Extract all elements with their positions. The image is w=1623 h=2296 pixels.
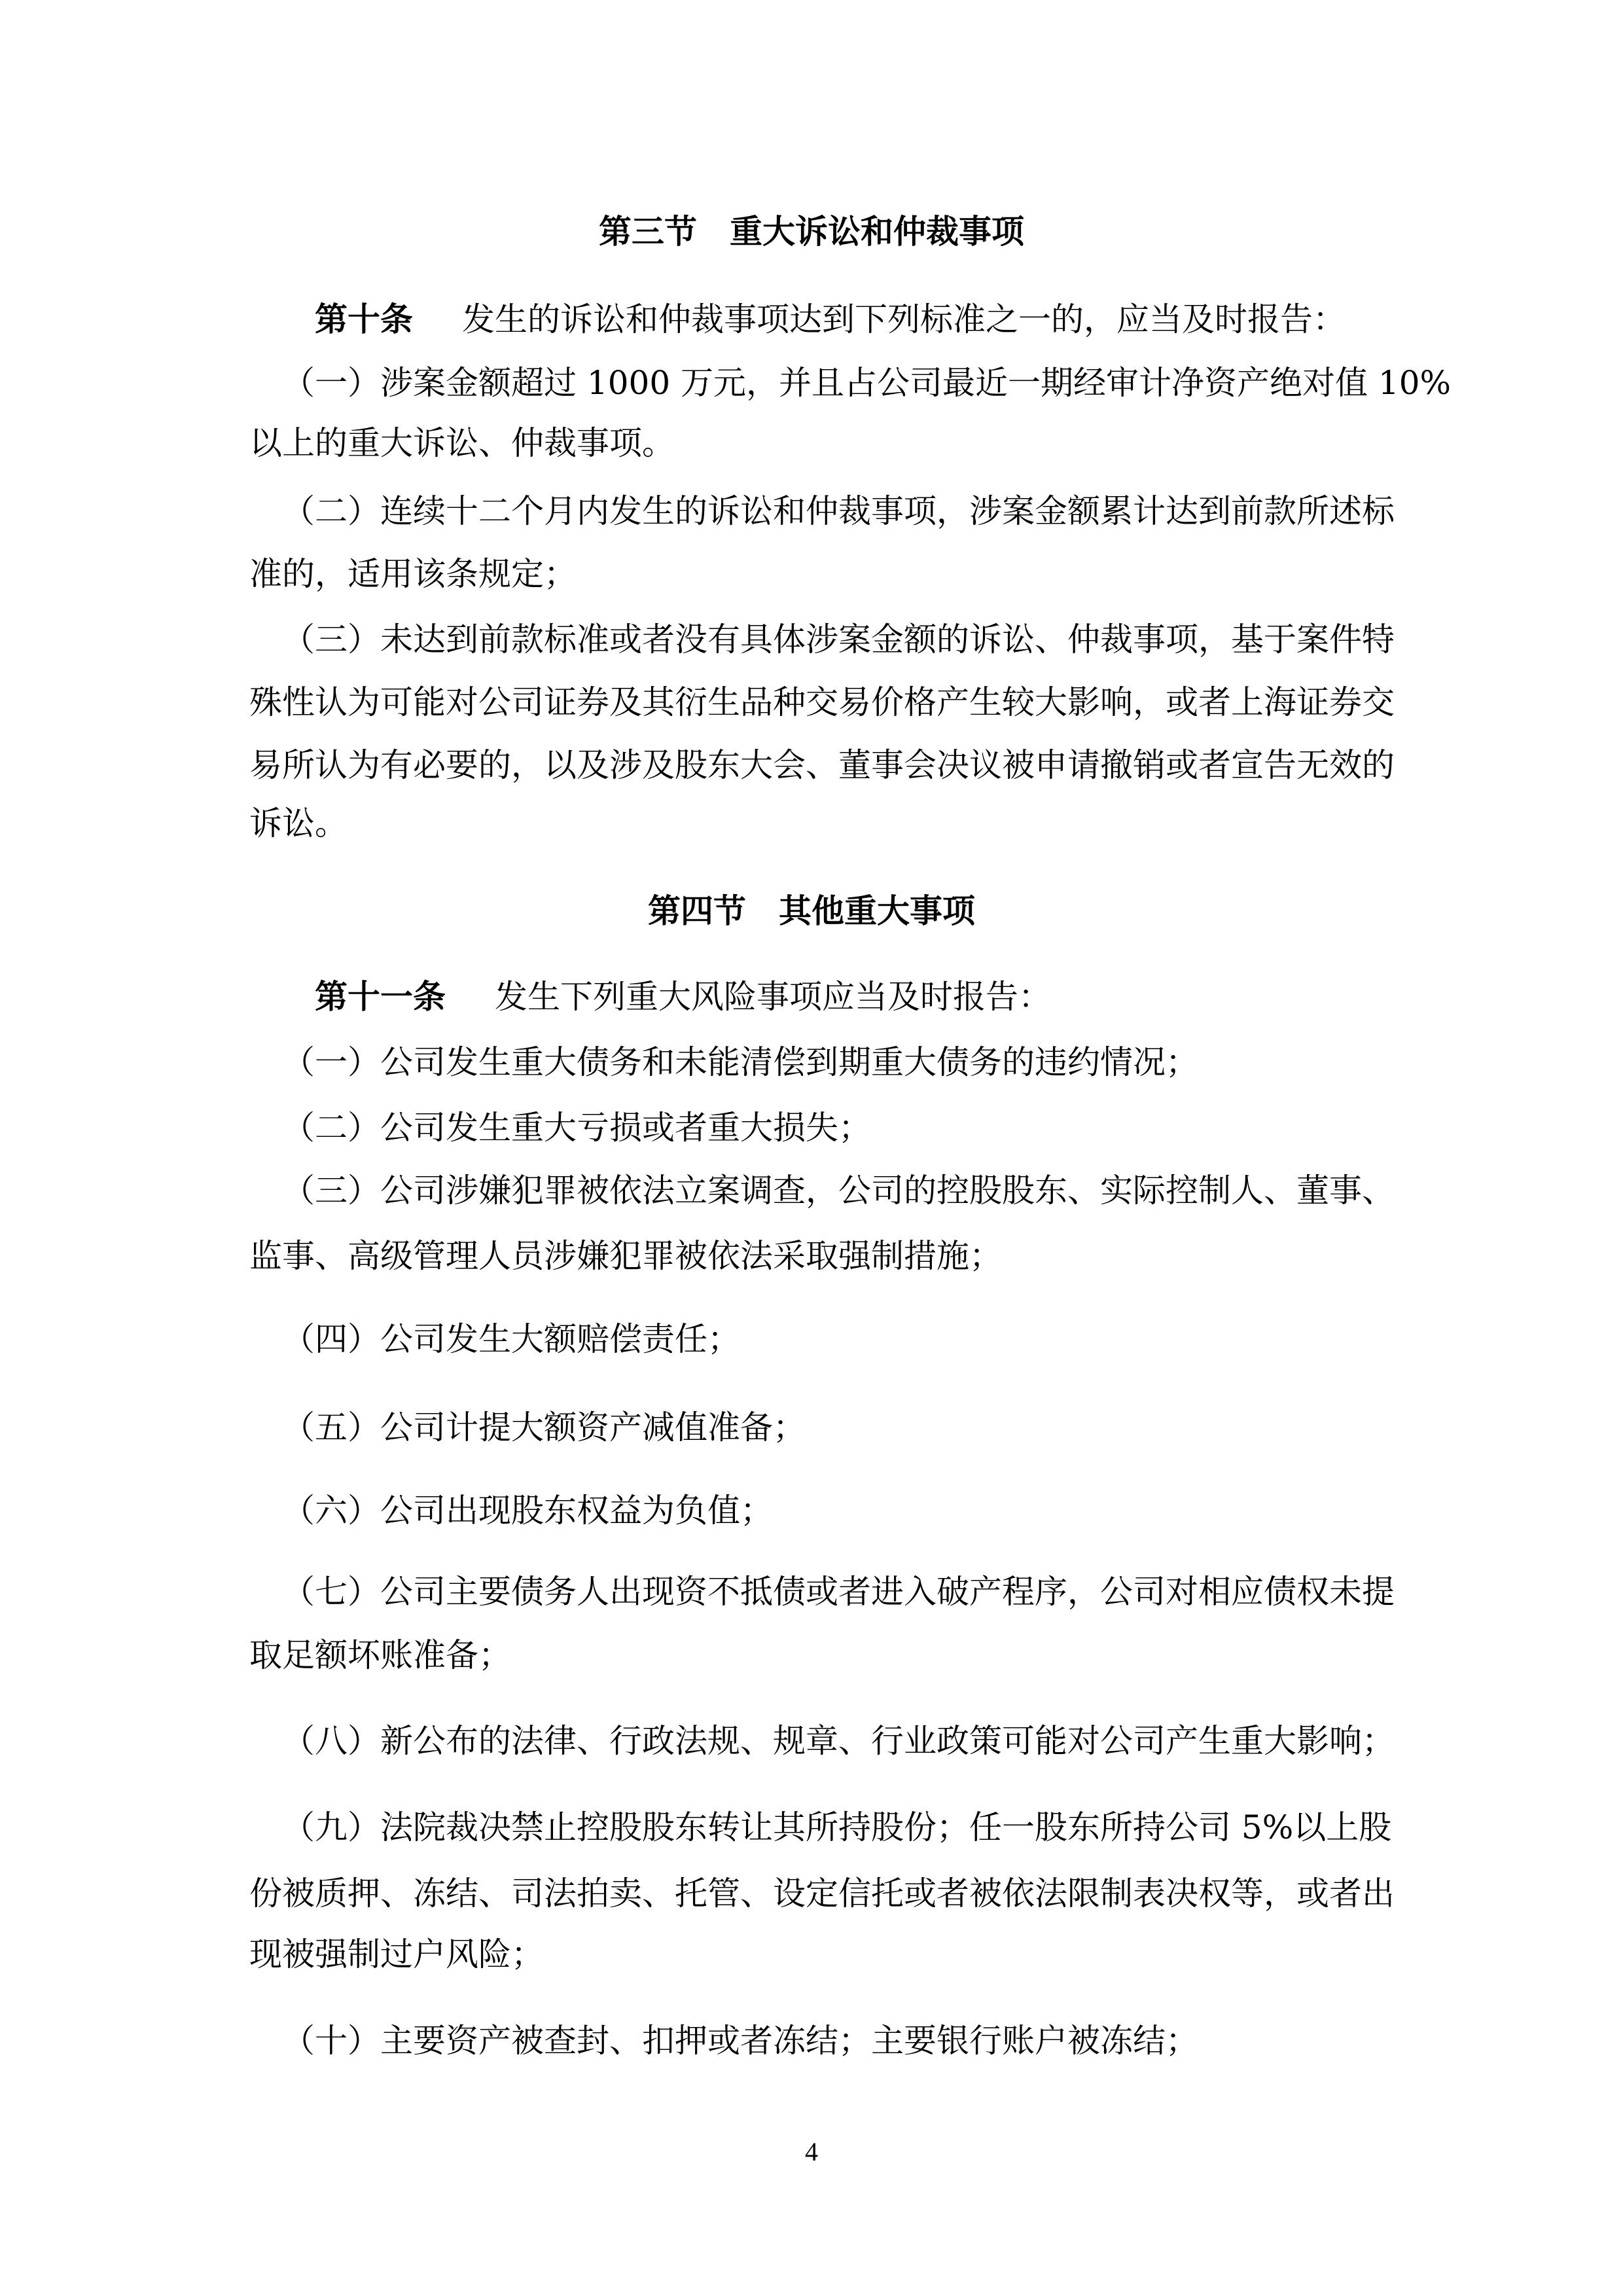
article-10-item-1-line-2: 以上的重大诉讼、仲裁事项。 xyxy=(249,423,1383,463)
item-text: （八）新公布的法律、行政法规、规章、行业政策可能对公司产生重大影响； xyxy=(282,1722,1395,1760)
article-11-item-1: （一）公司发生重大债务和未能清偿到期重大债务的违约情况； xyxy=(249,1043,1383,1082)
article-label: 第十一条 xyxy=(315,978,446,1016)
item-text: （九）法院裁决禁止控股股东转让其所持股份；任一股东所持公司 5%以上股 xyxy=(282,1808,1391,1846)
item-text: （七）公司主要债务人出现资不抵债或者进入破产程序，公司对相应债权未提 xyxy=(282,1573,1395,1611)
item-text: （四）公司发生大额赔偿责任； xyxy=(282,1320,740,1358)
document-page: 第三节 重大诉讼和仲裁事项 第十条发生的诉讼和仲裁事项达到下列标准之一的，应当及… xyxy=(0,0,1623,2296)
article-11-item-9-line-2: 份被质押、冻结、司法拍卖、托管、设定信托或者被依法限制表决权等，或者出 xyxy=(249,1874,1383,1913)
section-heading-3: 第三节 重大诉讼和仲裁事项 xyxy=(0,212,1623,251)
item-text: （一）涉案金额超过 1000 万元，并且占公司最近一期经审计净资产绝对值 10% xyxy=(282,364,1451,402)
item-text: （三）公司涉嫌犯罪被依法立案调查，公司的控股股东、实际控制人、董事、 xyxy=(282,1172,1395,1210)
item-text: （五）公司计提大额资产减值准备； xyxy=(282,1408,806,1446)
article-10-item-1-line-1: （一）涉案金额超过 1000 万元，并且占公司最近一期经审计净资产绝对值 10% xyxy=(249,363,1383,403)
article-11-intro: 第十一条发生下列重大风险事项应当及时报告： xyxy=(249,977,1383,1016)
article-10-item-3-line-4: 诉讼。 xyxy=(249,804,1383,843)
item-text: （二）公司发生重大亏损或者重大损失； xyxy=(282,1109,871,1147)
article-11-item-6: （六）公司出现股东权益为负值； xyxy=(249,1491,1383,1530)
article-10-item-2-line-2: 准的，适用该条规定； xyxy=(249,554,1383,594)
article-10-item-3-line-3: 易所认为有必要的，以及涉及股东大会、董事会决议被申请撤销或者宣告无效的 xyxy=(249,745,1383,785)
item-text: （三）未达到前款标准或者没有具体涉案金额的诉讼、仲裁事项，基于案件特 xyxy=(282,620,1395,658)
article-intro-text: 发生下列重大风险事项应当及时报告： xyxy=(495,978,1051,1016)
article-10-intro: 第十条发生的诉讼和仲裁事项达到下列标准之一的，应当及时报告： xyxy=(249,300,1383,339)
page-number: 4 xyxy=(0,2136,1623,2168)
article-10-item-3-line-1: （三）未达到前款标准或者没有具体涉案金额的诉讼、仲裁事项，基于案件特 xyxy=(249,620,1383,659)
article-11-item-10: （十）主要资产被查封、扣押或者冻结；主要银行账户被冻结； xyxy=(249,2021,1383,2060)
section-heading-4: 第四节 其他重大事项 xyxy=(0,891,1623,931)
article-11-item-4: （四）公司发生大额赔偿责任； xyxy=(249,1319,1383,1359)
article-11-item-5: （五）公司计提大额资产减值准备； xyxy=(249,1408,1383,1447)
article-11-item-9-line-3: 现被强制过户风险； xyxy=(249,1935,1383,1974)
article-11-item-3-line-1: （三）公司涉嫌犯罪被依法立案调查，公司的控股股东、实际控制人、董事、 xyxy=(249,1171,1383,1210)
article-11-item-7-line-2: 取足额坏账准备； xyxy=(249,1636,1383,1675)
article-11-item-3-line-2: 监事、高级管理人员涉嫌犯罪被依法采取强制措施； xyxy=(249,1236,1383,1276)
article-label: 第十条 xyxy=(315,300,413,338)
item-text: （二）连续十二个月内发生的诉讼和仲裁事项，涉案金额累计达到前款所述标 xyxy=(282,492,1395,530)
article-10-item-3-line-2: 殊性认为可能对公司证券及其衍生品种交易价格产生较大影响，或者上海证券交 xyxy=(249,683,1383,722)
article-11-item-7-line-1: （七）公司主要债务人出现资不抵债或者进入破产程序，公司对相应债权未提 xyxy=(249,1572,1383,1611)
article-11-item-8: （八）新公布的法律、行政法规、规章、行业政策可能对公司产生重大影响； xyxy=(249,1721,1383,1761)
item-text: （十）主要资产被查封、扣押或者冻结；主要银行账户被冻结； xyxy=(282,2022,1198,2060)
item-text: （六）公司出现股东权益为负值； xyxy=(282,1492,773,1530)
article-10-item-2-line-1: （二）连续十二个月内发生的诉讼和仲裁事项，涉案金额累计达到前款所述标 xyxy=(249,492,1383,531)
article-11-item-9-line-1: （九）法院裁决禁止控股股东转让其所持股份；任一股东所持公司 5%以上股 xyxy=(249,1808,1383,1847)
article-11-item-2: （二）公司发生重大亏损或者重大损失； xyxy=(249,1108,1383,1147)
item-text: （一）公司发生重大债务和未能清偿到期重大债务的违约情况； xyxy=(282,1043,1198,1081)
article-intro-text: 发生的诉讼和仲裁事项达到下列标准之一的，应当及时报告： xyxy=(462,300,1346,338)
